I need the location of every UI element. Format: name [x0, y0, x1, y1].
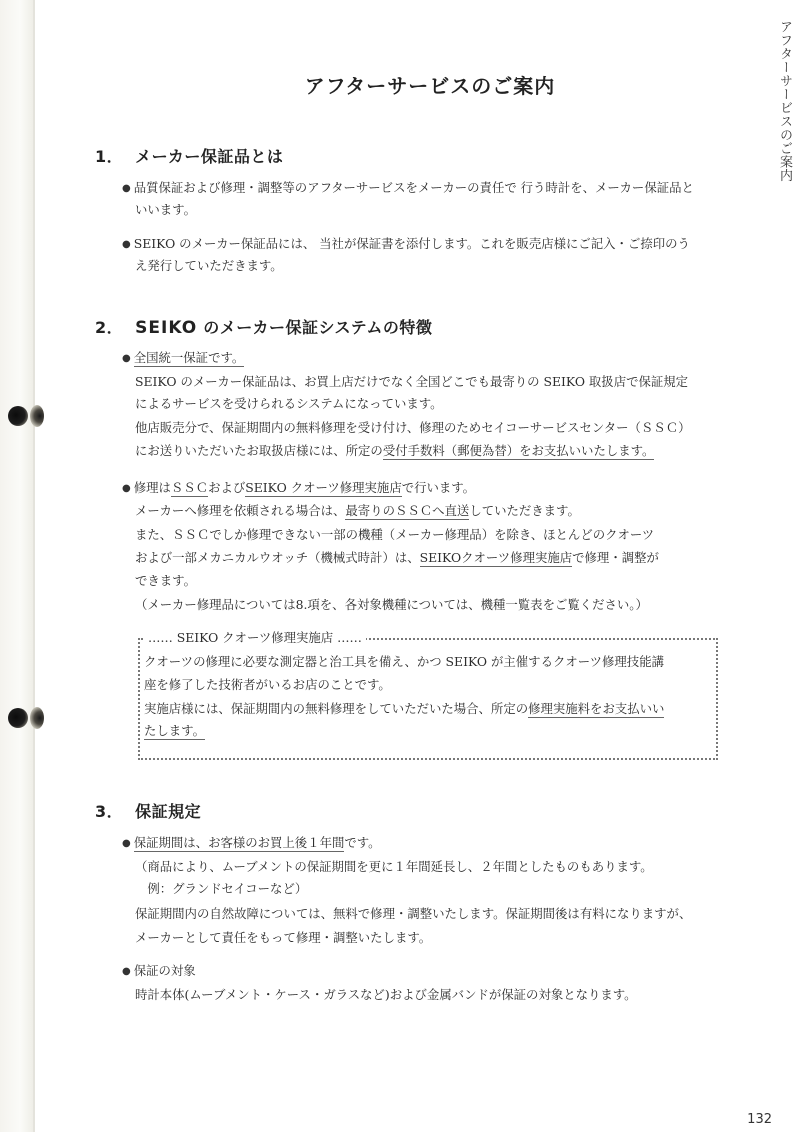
- section-2-title: のメーカー保証システムの特徴: [197, 318, 432, 337]
- s2-b1-line-4: にお送りいただいたお取扱店様には、所定の受付手数料（郵便為替）をお支払いいたしま…: [135, 443, 654, 459]
- s1-bullet-1-line-1: 品質保証および修理・調整等のアフターサービスをメーカーの責任で 行う時計を、メー…: [122, 180, 694, 198]
- s2-b1-line-3: 他店販売分で、保証期間内の無料修理を受け付け、修理のためセイコーサービスセンター…: [135, 420, 690, 436]
- binder-fold-line: [33, 0, 35, 1132]
- s3-bullet-2-title: 保証の対象: [122, 963, 196, 981]
- s3-b1-line-5: メーカーとして責任をもって修理・調整いたします。: [135, 930, 431, 946]
- s3-b1-line-4: 保証期間内の自然故障については、無料で修理・調整いたします。保証期間後は有料にな…: [135, 906, 691, 922]
- binder-hole-bottom: [8, 707, 44, 729]
- section-3-number: 3．: [95, 802, 123, 821]
- s3-b1-line-2: （商品により、ムーブメントの保証期間を更に１年間延長し、２年間としたものもありま…: [135, 859, 653, 875]
- section-2-number: 2．: [95, 318, 123, 337]
- note-line-4: たします。: [144, 723, 205, 739]
- s3-bullet-1-line-1: 保証期間は、お客様のお買上後１年間です。: [122, 835, 381, 853]
- page-title: アフターサービスのご案内: [0, 70, 800, 99]
- note-line-1: クオーツの修理に必要な測定器と治工具を備え、かつ SEIKO が主催するクオーツ…: [144, 654, 664, 670]
- s2-b2-line-5: できます。: [135, 573, 196, 589]
- note-box-label: …… SEIKO クオーツ修理実施店 ……: [144, 628, 366, 646]
- s3-b2-line-1: 時計本体(ムーブメント・ケース・ガラスなど)および金属バンドが保証の対象となりま…: [135, 987, 637, 1003]
- binder-hole-top: [8, 405, 44, 427]
- s1-bullet-2-line-1: SEIKO のメーカー保証品には、 当社が保証書を添付します。これを販売店様にご…: [122, 236, 690, 254]
- section-1-title: メーカー保証品とは: [135, 147, 283, 166]
- section-2-brand: SEIKO: [135, 318, 197, 338]
- section-1-heading: 1．メーカー保証品とは: [95, 144, 283, 167]
- s2-b1-line-1: SEIKO のメーカー保証品は、お買上店だけでなく全国どこでも最寄りの SEIK…: [135, 374, 688, 390]
- s3-b1-line-3: 例：グランドセイコーなど）: [135, 881, 307, 897]
- s2-b2-line-4: および一部メカニカルウオッチ（機械式時計）は、SEIKOクオーツ修理実施店で修理…: [135, 550, 659, 566]
- side-index-tab: アフターサービスのご案内: [764, 20, 794, 182]
- section-1-number: 1．: [95, 147, 123, 166]
- binder-edge: [0, 0, 34, 1132]
- s1-bullet-2-line-2: え発行していただきます。: [135, 258, 283, 274]
- s1-bullet-1-line-2: いいます。: [135, 202, 196, 218]
- s2-b2-line-3: また、ＳＳＣでしか修理できない一部の機種（メーカー修理品）を除き、ほとんどのクオ…: [135, 527, 654, 543]
- note-line-3: 実施店様には、保証期間内の無料修理をしていただいた場合、所定の修理実施料をお支払…: [144, 701, 664, 717]
- s2-bullet-1-title: 全国統一保証です。: [122, 350, 244, 368]
- s2-b2-line-6: （メーカー修理品については8.項を、各対象機種については、機種一覧表をご覧くださ…: [135, 597, 648, 613]
- s2-b1-line-2: によるサービスを受けられるシステムになっています。: [135, 396, 443, 412]
- page-number: 132: [747, 1112, 772, 1127]
- s2-b2-line-2: メーカーへ修理を依頼される場合は、最寄りのＳＳＣへ直送していただきます。: [135, 503, 580, 519]
- section-3-heading: 3．保証規定: [95, 799, 201, 822]
- s2-bullet-2-line-1: 修理はＳＳＣおよびSEIKO クオーツ修理実施店で行います。: [122, 480, 475, 498]
- section-3-title: 保証規定: [135, 802, 201, 821]
- note-line-2: 座を修了した技術者がいるお店のことです。: [144, 677, 391, 693]
- section-2-heading: 2．SEIKO のメーカー保証システムの特徴: [95, 315, 432, 338]
